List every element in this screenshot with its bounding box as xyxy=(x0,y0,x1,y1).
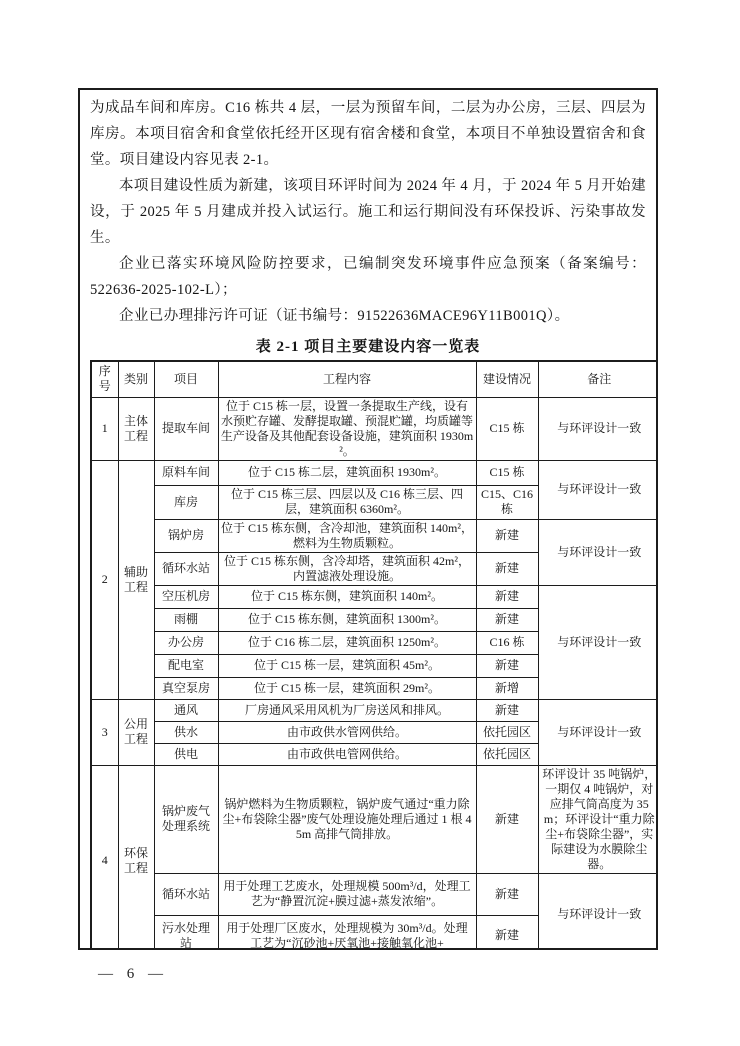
header-remark: 备注 xyxy=(538,361,658,397)
cell-status: C15、C16 栋 xyxy=(476,485,538,519)
cell-status: 新建 xyxy=(476,654,538,677)
header-item: 项目 xyxy=(154,361,218,397)
document-page: 为成品车间和库房。C16 栋共 4 层，一层为预留车间，二层为办公房，三层、四层… xyxy=(0,0,740,1046)
cell-content: 位于 C15 栋东侧，含冷却池，建筑面积 140m²，燃料为生物质颗粒。 xyxy=(218,519,476,552)
cell-content: 位于 C16 栋二层，建筑面积 1250m²。 xyxy=(218,631,476,654)
construction-content-table: 序号 类别 项目 工程内容 建设情况 备注 1 主体工程 提取车间 位于 C15… xyxy=(90,360,658,950)
cell-status: 新建 xyxy=(476,552,538,585)
cell-category: 主体工程 xyxy=(118,397,154,460)
cell-content: 由市政供水管网供给。 xyxy=(218,721,476,743)
cell-content: 位于 C15 栋一层，建筑面积 45m²。 xyxy=(218,654,476,677)
cell-status: 新建 xyxy=(476,519,538,552)
cell-content: 位于 C15 栋东侧，含冷却塔，建筑面积 42m²，内置滤液处理设施。 xyxy=(218,552,476,585)
cell-status: 新建 xyxy=(476,699,538,721)
content-frame: 为成品车间和库房。C16 栋共 4 层，一层为预留车间，二层为办公房，三层、四层… xyxy=(78,88,658,950)
cell-status: 新增 xyxy=(476,677,538,699)
cell-item: 通风 xyxy=(154,699,218,721)
cell-item: 办公房 xyxy=(154,631,218,654)
cell-status: C15 栋 xyxy=(476,460,538,485)
table-row: 循环水站 用于处理工艺废水，处理规模 500m³/d，处理工艺为“静置沉淀+膜过… xyxy=(91,873,658,915)
table-header-row: 序号 类别 项目 工程内容 建设情况 备注 xyxy=(91,361,658,397)
table-row: 锅炉房 位于 C15 栋东侧，含冷却池，建筑面积 140m²，燃料为生物质颗粒。… xyxy=(91,519,658,552)
cell-remark: 与环评设计一致 xyxy=(538,873,658,950)
cell-content: 由市政供电管网供给。 xyxy=(218,743,476,765)
cell-item: 雨棚 xyxy=(154,608,218,631)
cell-remark: 与环评设计一致 xyxy=(538,585,658,699)
table-title: 表 2-1 项目主要建设内容一览表 xyxy=(90,335,646,356)
body-paragraph: 企业已落实环境风险防控要求，已编制突发环境事件应急预案（备案编号：522636-… xyxy=(90,251,646,303)
cell-item: 供电 xyxy=(154,743,218,765)
cell-remark: 环评设计 35 吨锅炉，一期仅 4 吨锅炉，对应排气筒高度为 35m；环评设计“… xyxy=(538,765,658,873)
cell-content: 位于 C15 栋二层，建筑面积 1930m²。 xyxy=(218,460,476,485)
cell-content: 位于 C15 栋一层，设置一条提取生产线，设有水预贮存罐、发酵提取罐、预混贮罐，… xyxy=(218,397,476,460)
header-content: 工程内容 xyxy=(218,361,476,397)
cell-item: 提取车间 xyxy=(154,397,218,460)
cell-item: 循环水站 xyxy=(154,552,218,585)
cell-category: 公用工程 xyxy=(118,699,154,765)
cell-content: 位于 C15 栋东侧，建筑面积 1300m²。 xyxy=(218,608,476,631)
table-row: 空压机房 位于 C15 栋东侧，建筑面积 140m²。 新建 与环评设计一致 xyxy=(91,585,658,608)
cell-item: 循环水站 xyxy=(154,873,218,915)
cell-remark: 与环评设计一致 xyxy=(538,519,658,585)
cell-remark: 与环评设计一致 xyxy=(538,397,658,460)
body-paragraph: 企业已办理排污许可证（证书编号：91522636MACE96Y11B001Q）。 xyxy=(90,303,646,329)
header-status: 建设情况 xyxy=(476,361,538,397)
cell-content: 用于处理厂区废水，处理规模为 30m³/d。处理工艺为“沉砂池+厌氧池+接触氧化… xyxy=(218,915,476,950)
cell-status: 新建 xyxy=(476,765,538,873)
cell-no: 3 xyxy=(91,699,118,765)
cell-category: 环保工程 xyxy=(118,765,154,950)
cell-no: 4 xyxy=(91,765,118,950)
cell-status: 新建 xyxy=(476,915,538,950)
table-row: 4 环保工程 锅炉废气处理系统 锅炉燃料为生物质颗粒，锅炉废气通过“重力除尘+布… xyxy=(91,765,658,873)
cell-category: 辅助工程 xyxy=(118,460,154,699)
cell-item: 锅炉废气处理系统 xyxy=(154,765,218,873)
cell-content: 锅炉燃料为生物质颗粒，锅炉废气通过“重力除尘+布袋除尘器”废气处理设施处理后通过… xyxy=(218,765,476,873)
cell-item: 锅炉房 xyxy=(154,519,218,552)
body-paragraph: 本项目建设性质为新建，该项目环评时间为 2024 年 4 月，于 2024 年 … xyxy=(90,173,646,251)
cell-content: 位于 C15 栋东侧，建筑面积 140m²。 xyxy=(218,585,476,608)
cell-item: 供水 xyxy=(154,721,218,743)
cell-no: 2 xyxy=(91,460,118,699)
cell-status: 新建 xyxy=(476,585,538,608)
cell-remark: 与环评设计一致 xyxy=(538,699,658,765)
cell-content: 位于 C15 栋一层，建筑面积 29m²。 xyxy=(218,677,476,699)
page-number: — 6 — xyxy=(98,966,163,983)
cell-item: 原料车间 xyxy=(154,460,218,485)
cell-status: 依托园区 xyxy=(476,743,538,765)
cell-item: 污水处理站 xyxy=(154,915,218,950)
cell-item: 空压机房 xyxy=(154,585,218,608)
table-row: 1 主体工程 提取车间 位于 C15 栋一层，设置一条提取生产线，设有水预贮存罐… xyxy=(91,397,658,460)
cell-content: 位于 C15 栋三层、四层以及 C16 栋三层、四层，建筑面积 6360m²。 xyxy=(218,485,476,519)
body-paragraph: 为成品车间和库房。C16 栋共 4 层，一层为预留车间，二层为办公房，三层、四层… xyxy=(90,95,646,173)
header-no: 序号 xyxy=(91,361,118,397)
cell-status: 依托园区 xyxy=(476,721,538,743)
cell-status: 新建 xyxy=(476,873,538,915)
cell-item: 配电室 xyxy=(154,654,218,677)
cell-content: 厂房通风采用风机为厂房送风和排风。 xyxy=(218,699,476,721)
table-row: 3 公用工程 通风 厂房通风采用风机为厂房送风和排风。 新建 与环评设计一致 xyxy=(91,699,658,721)
cell-item: 真空泵房 xyxy=(154,677,218,699)
cell-status: C15 栋 xyxy=(476,397,538,460)
cell-no: 1 xyxy=(91,397,118,460)
header-category: 类别 xyxy=(118,361,154,397)
cell-content: 用于处理工艺废水，处理规模 500m³/d，处理工艺为“静置沉淀+膜过滤+蒸发浓… xyxy=(218,873,476,915)
cell-status: 新建 xyxy=(476,608,538,631)
table-row: 2 辅助工程 原料车间 位于 C15 栋二层，建筑面积 1930m²。 C15 … xyxy=(91,460,658,485)
cell-item: 库房 xyxy=(154,485,218,519)
cell-remark: 与环评设计一致 xyxy=(538,460,658,519)
cell-status: C16 栋 xyxy=(476,631,538,654)
